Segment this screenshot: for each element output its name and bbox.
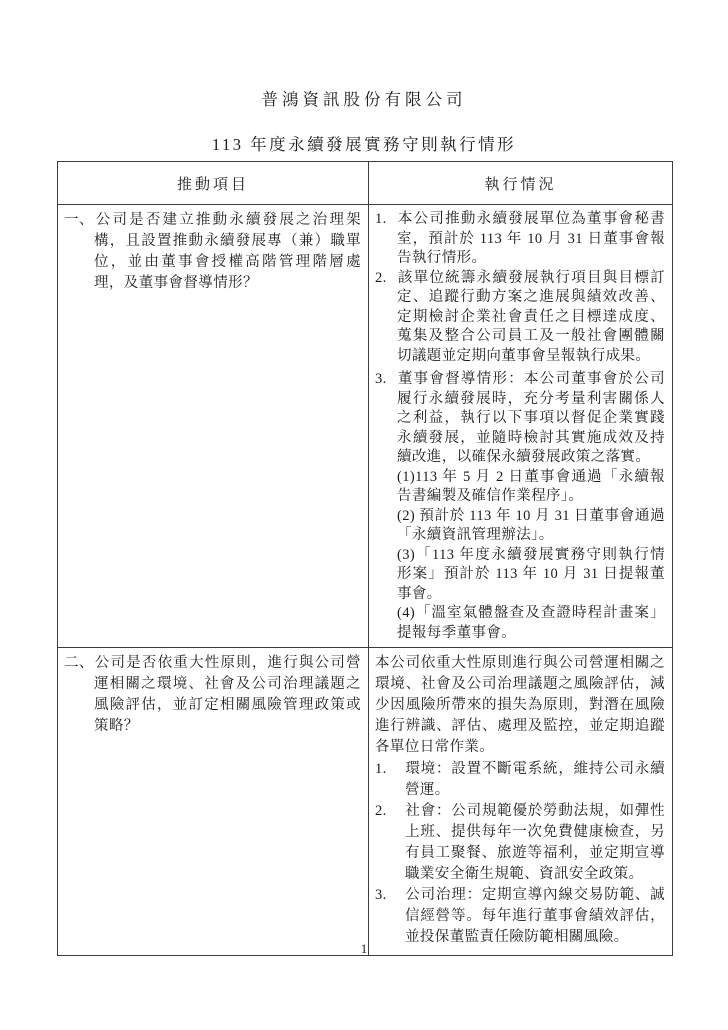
question-2: 二、公司是否依重大性原則，進行與公司營運相關之環境、社會及公司治理議題之風險評估… [64, 653, 361, 737]
answer-2-item-1-number: 1. [375, 759, 405, 780]
answer-cell-1: 1.本公司推動永續發展單位為董事會秘書室，預計於 113 年 10 月 31 日… [369, 205, 673, 648]
document-page: 普鴻資訊股份有限公司 113 年度永續發展實務守則執行情形 推動項目 執行情況 … [0, 0, 728, 1030]
question-2-text: 公司是否依重大性原則，進行與公司營運相關之環境、社會及公司治理議題之風險評估，並… [94, 655, 361, 734]
question-1-text: 公司是否建立推動永續發展之治理架構，且設置推動永續發展專（兼）職單位，並由董事會… [94, 212, 361, 291]
answer-2-item-2: 2.社會：公司規範優於勞動法規，如彈性上班、提供每年一次免費健康檢查，另有員工聚… [375, 801, 665, 885]
implementation-status-table: 推動項目 執行情況 一、公司是否建立推動永續發展之治理架構，且設置推動永續發展專… [57, 161, 673, 956]
answer-1-item-2: 2.該單位統籌永續發展執行項目與目標訂定、追蹤行動方案之進展與績效改善、定期檢討… [375, 269, 665, 367]
answer-2-intro: 本公司依重大性原則進行與公司營運相關之環境、社會及公司治理議題之風險評估，減少因… [375, 653, 665, 758]
column-header-promotion-items: 推動項目 [58, 162, 369, 205]
answer-2-item-2-number: 2. [375, 801, 405, 822]
document-title: 113 年度永續發展實務守則執行情形 [0, 131, 728, 155]
question-cell-2: 二、公司是否依重大性原則，進行與公司營運相關之環境、社會及公司治理議題之風險評估… [58, 648, 369, 956]
page-number: 1 [0, 941, 728, 957]
company-title: 普鴻資訊股份有限公司 [0, 86, 728, 110]
answer-1-item-3-text: 董事會督導情形：本公司董事會於公司履行永續發展時，充分考量利害關係人之利益，執行… [397, 371, 665, 465]
answer-1-item-1: 1.本公司推動永續發展單位為董事會秘書室，預計於 113 年 10 月 31 日… [375, 210, 665, 269]
answer-2-item-3-number: 3. [375, 885, 405, 906]
answer-1-item-3: 3.董事會督導情形：本公司董事會於公司履行永續發展時，充分考量利害關係人之利益，… [375, 370, 665, 468]
answer-2-item-3-text: 公司治理：定期宣導內線交易防範、誠信經營等。每年進行董事會績效評估，並投保董監責… [405, 887, 665, 945]
table-row-1: 一、公司是否建立推動永續發展之治理架構，且設置推動永續發展專（兼）職單位，並由董… [58, 205, 673, 648]
answer-1-item-2-text: 該單位統籌永續發展執行項目與目標訂定、追蹤行動方案之進展與績效改善、定期檢討企業… [397, 270, 665, 364]
question-2-number: 二、 [64, 653, 94, 674]
table-row-2: 二、公司是否依重大性原則，進行與公司營運相關之環境、社會及公司治理議題之風險評估… [58, 648, 673, 956]
answer-2-item-3: 3.公司治理：定期宣導內線交易防範、誠信經營等。每年進行董事會績效評估，並投保董… [375, 885, 665, 948]
question-cell-1: 一、公司是否建立推動永續發展之治理架構，且設置推動永續發展專（兼）職單位，並由董… [58, 205, 369, 648]
answer-1-item-2-number: 2. [375, 269, 397, 289]
answer-1-item-1-text: 本公司推動永續發展單位為董事會秘書室，預計於 113 年 10 月 31 日董事… [397, 211, 665, 266]
answer-2-item-1: 1.環境：設置不斷電系統，維持公司永續營運。 [375, 759, 665, 801]
answer-cell-2: 本公司依重大性原則進行與公司營運相關之環境、社會及公司治理議題之風險評估，減少因… [369, 648, 673, 956]
question-1-number: 一、 [64, 210, 94, 231]
answer-2-item-1-text: 環境：設置不斷電系統，維持公司永續營運。 [405, 761, 665, 798]
question-1: 一、公司是否建立推動永續發展之治理架構，且設置推動永續發展專（兼）職單位，並由董… [64, 210, 361, 294]
answer-1-subitem-3: (3)「113 年度永續發展實務守則執行情形案」預計於 113 年 10 月 3… [375, 546, 665, 605]
answer-1-item-1-number: 1. [375, 210, 397, 230]
answer-1-subitem-1: (1)113 年 5 月 2 日董事會通過「永續報告書編製及確信作業程序」。 [375, 468, 665, 507]
answer-1-subitem-4: (4)「溫室氣體盤查及查證時程計畫案」提報每季董事會。 [375, 604, 665, 643]
column-header-execution-status: 執行情況 [369, 162, 673, 205]
answer-2-item-2-text: 社會：公司規範優於勞動法規，如彈性上班、提供每年一次免費健康檢查，另有員工聚餐、… [405, 803, 665, 882]
table-header-row: 推動項目 執行情況 [58, 162, 673, 205]
answer-1-subitem-2: (2) 預計於 113 年 10 月 31 日董事會通過「永續資訊管理辦法」。 [375, 507, 665, 546]
answer-1-item-3-number: 3. [375, 370, 397, 390]
